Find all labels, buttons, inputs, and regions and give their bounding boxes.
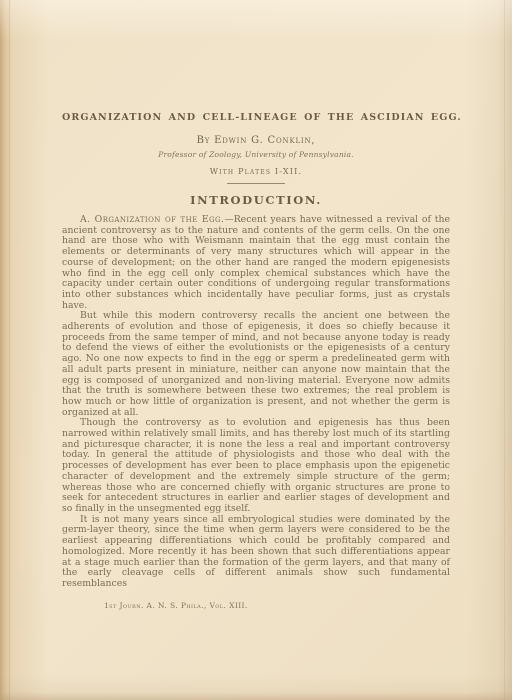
section-heading-introduction: INTRODUCTION. bbox=[62, 193, 450, 207]
paragraph-1-text: —Recent years have witnessed a revival o… bbox=[62, 214, 450, 311]
paragraph-4: It is not many years since all embryolog… bbox=[62, 515, 450, 590]
page-content: ORGANIZATION AND CELL-LINEAGE OF THE ASC… bbox=[62, 112, 450, 610]
plates-note: With Plates I-XII. bbox=[62, 167, 450, 176]
author-byline: By Edwin G. Conklin, bbox=[62, 135, 450, 146]
paragraph-3: Though the controversy as to evolution a… bbox=[62, 418, 450, 514]
divider-rule bbox=[227, 183, 285, 184]
paragraph-2: But while this modern controversy recall… bbox=[62, 311, 450, 418]
article-body: A. Organization of the Egg.—Recent years… bbox=[62, 215, 450, 590]
journal-imprint: 1st Journ. A. N. S. Phila., Vol. XIII. bbox=[104, 601, 450, 610]
page-edge-right bbox=[504, 0, 505, 700]
page-edge-left bbox=[9, 0, 10, 700]
paragraph-1-lead: A. Organization of the Egg. bbox=[80, 214, 224, 225]
author-affiliation: Professor of Zoology, University of Penn… bbox=[62, 150, 450, 159]
paragraph-1: A. Organization of the Egg.—Recent years… bbox=[62, 215, 450, 311]
article-title: ORGANIZATION AND CELL-LINEAGE OF THE ASC… bbox=[62, 112, 450, 123]
scanned-page: ORGANIZATION AND CELL-LINEAGE OF THE ASC… bbox=[0, 0, 512, 700]
